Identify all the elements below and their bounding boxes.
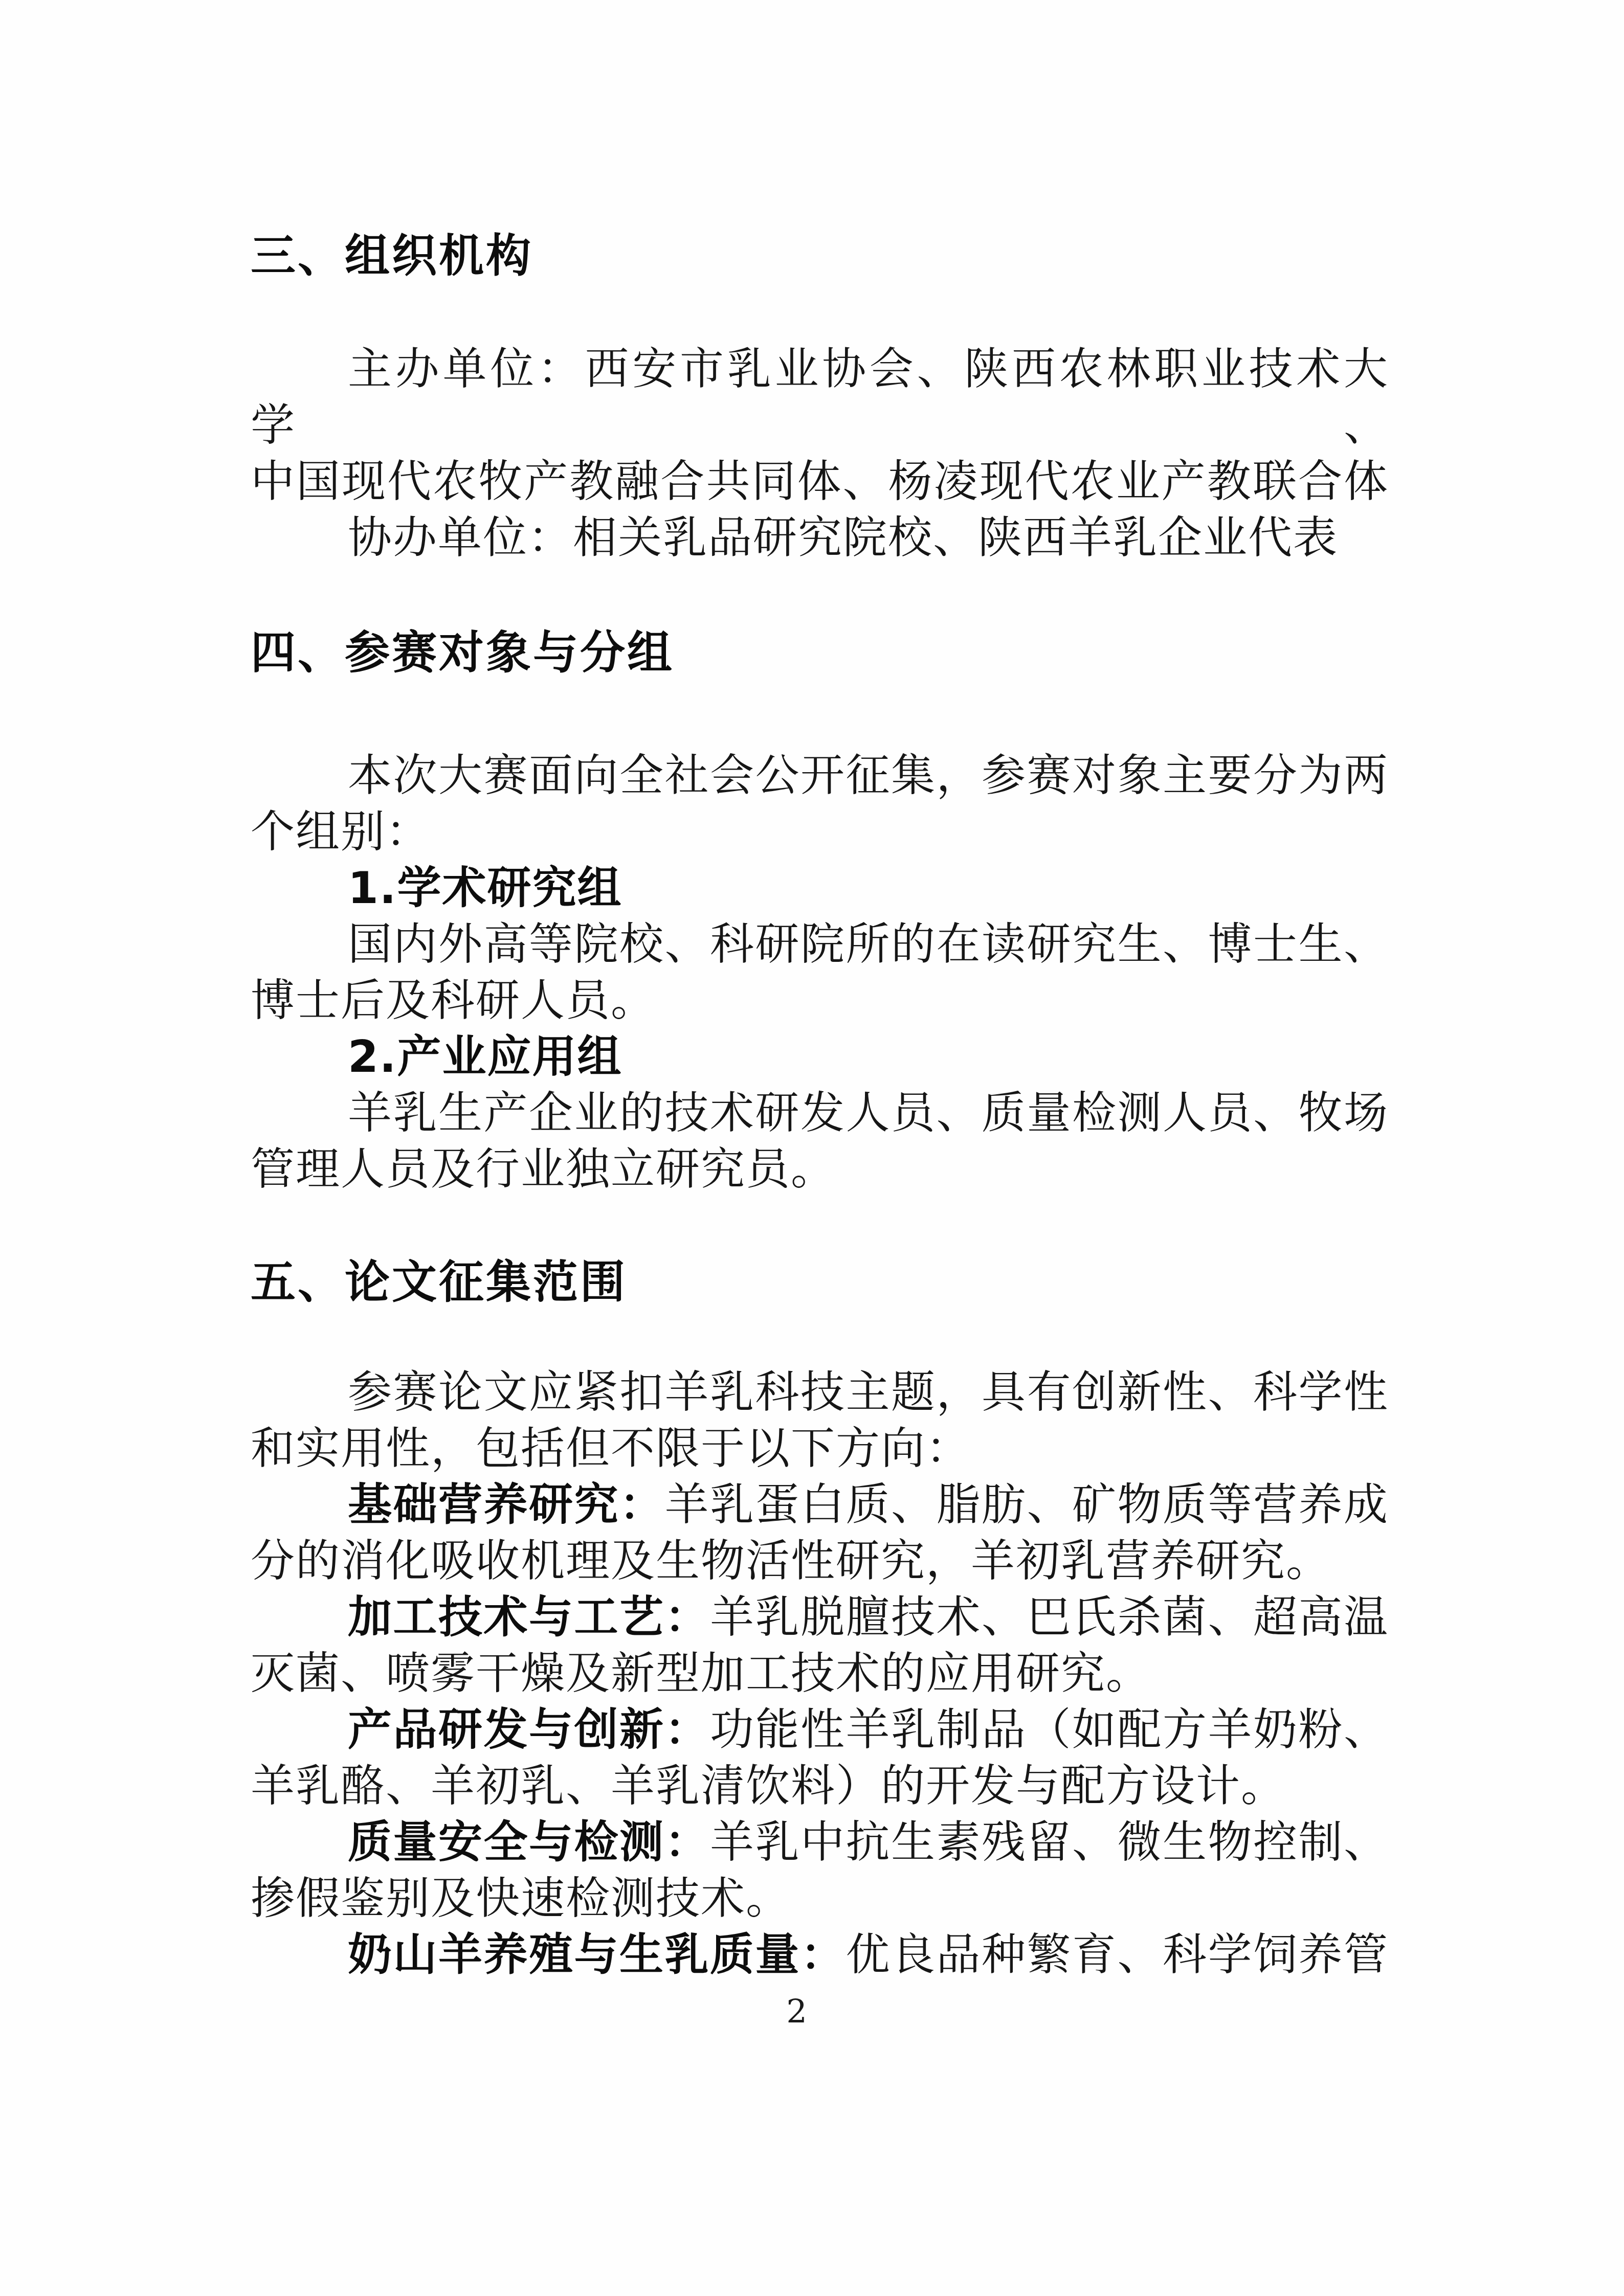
body-line: 参赛论文应紧扣羊乳科技主题，具有创新性、科学性 [251, 1364, 1389, 1421]
line-bold-label: 奶山羊养殖与生乳质量： [348, 1929, 846, 1980]
body-line: 分的消化吸收机理及生物活性研究，羊初乳营养研究。 [251, 1533, 1389, 1589]
body-line: 1.学术研究组 [251, 860, 1389, 916]
line-text: 羊乳脱膻技术、巴氏杀菌、超高温 [710, 1592, 1389, 1643]
line-bold-label: 产品研发与创新： [348, 1704, 710, 1755]
line-bold-label: 2.产业应用组 [348, 1031, 622, 1083]
line-bold-label: 基础营养研究： [348, 1479, 665, 1530]
body-line: 基础营养研究：羊乳蛋白质、脂肪、矿物质等营养成 [251, 1477, 1389, 1533]
body-line: 中国现代农牧产教融合共同体、杨凌现代农业产教联合体 [251, 454, 1389, 510]
line-text: 本次大赛面向全社会公开征集，参赛对象主要分为两 [348, 750, 1389, 801]
section-heading-5: 五、论文征集范围 [251, 1251, 1389, 1313]
body-line: 质量安全与检测：羊乳中抗生素残留、微生物控制、 [251, 1814, 1389, 1871]
line-text: 中国现代农牧产教融合共同体、杨凌现代农业产教联合体 [251, 456, 1389, 507]
line-text: 羊乳蛋白质、脂肪、矿物质等营养成 [665, 1479, 1389, 1530]
line-text: 羊乳酪、羊初乳、羊乳清饮料）的开发与配方设计。 [251, 1761, 1286, 1812]
section-heading-4: 四、参赛对象与分组 [251, 622, 1389, 683]
page-number: 2 [0, 1993, 1593, 2031]
body-line: 和实用性，包括但不限于以下方向： [251, 1421, 1389, 1477]
line-text: 分的消化吸收机理及生物活性研究，羊初乳营养研究。 [251, 1536, 1331, 1587]
line-text: 博士后及科研人员。 [251, 975, 656, 1026]
body-line: 主办单位：西安市乳业协会、陕西农林职业技术大学、 [251, 341, 1389, 454]
line-text: 优良品种繁育、科学饲养管 [846, 1929, 1389, 1980]
line-bold-label: 质量安全与检测： [348, 1817, 710, 1868]
document-page: 三、组织机构 主办单位：西安市乳业协会、陕西农林职业技术大学、 中国现代农牧产教… [0, 0, 1624, 2296]
line-text: 国内外高等院校、科研院所的在读研究生、博士生、 [348, 919, 1389, 970]
body-line: 羊乳生产企业的技术研发人员、质量检测人员、牧场 [251, 1085, 1389, 1141]
body-line: 掺假鉴别及快速检测技术。 [251, 1871, 1389, 1927]
line-text: 个组别： [251, 806, 431, 858]
line-text: 协办单位：相关乳品研究院校、陕西羊乳企业代表 [348, 512, 1338, 564]
body-line: 2.产业应用组 [251, 1029, 1389, 1085]
line-text: 管理人员及行业独立研究员。 [251, 1144, 836, 1195]
line-bold-label: 1.学术研究组 [348, 863, 622, 914]
body-line: 羊乳酪、羊初乳、羊乳清饮料）的开发与配方设计。 [251, 1758, 1389, 1814]
line-bold-label: 加工技术与工艺： [348, 1592, 710, 1643]
body-line: 灭菌、喷雾干燥及新型加工技术的应用研究。 [251, 1646, 1389, 1702]
body-line: 协办单位：相关乳品研究院校、陕西羊乳企业代表 [251, 510, 1389, 566]
line-text: 和实用性，包括但不限于以下方向： [251, 1423, 971, 1474]
body-line: 本次大赛面向全社会公开征集，参赛对象主要分为两 [251, 748, 1389, 804]
line-text: 羊乳中抗生素残留、微生物控制、 [710, 1817, 1389, 1868]
line-text: 掺假鉴别及快速检测技术。 [251, 1873, 791, 1924]
line-text: 羊乳生产企业的技术研发人员、质量检测人员、牧场 [348, 1088, 1389, 1139]
section-heading-3: 三、组织机构 [251, 225, 1389, 286]
body-line: 个组别： [251, 804, 1389, 860]
line-text: 灭菌、喷雾干燥及新型加工技术的应用研究。 [251, 1648, 1151, 1699]
line-text: 主办单位：西安市乳业协会、陕西农林职业技术大学、 [251, 344, 1389, 451]
body-line: 加工技术与工艺：羊乳脱膻技术、巴氏杀菌、超高温 [251, 1589, 1389, 1646]
line-text: 参赛论文应紧扣羊乳科技主题，具有创新性、科学性 [348, 1367, 1389, 1418]
body-line: 管理人员及行业独立研究员。 [251, 1141, 1389, 1198]
body-line: 奶山羊养殖与生乳质量：优良品种繁育、科学饲养管 [251, 1927, 1389, 1983]
body-line: 产品研发与创新：功能性羊乳制品（如配方羊奶粉、 [251, 1702, 1389, 1758]
line-text: 功能性羊乳制品（如配方羊奶粉、 [710, 1704, 1389, 1755]
body-line: 博士后及科研人员。 [251, 973, 1389, 1029]
body-line: 国内外高等院校、科研院所的在读研究生、博士生、 [251, 916, 1389, 973]
